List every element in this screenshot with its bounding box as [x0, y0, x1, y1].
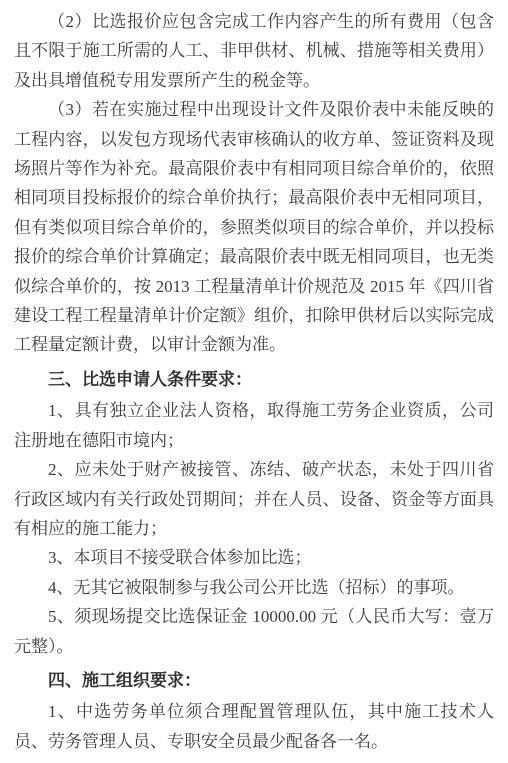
section-heading: 四、施工组织要求：: [14, 666, 494, 695]
document-page: （2）比选报价应包含完成工作内容产生的所有费用（包含且不限于施工所需的人工、非甲…: [0, 0, 508, 763]
document-paragraph: 2、应未处于财产被接管、冻结、破产状态，未处于四川省行政区域内有关行政处罚期间；…: [14, 455, 494, 543]
document-paragraph: 4、无其它被限制参与我公司公开比选（招标）的事项。: [14, 573, 494, 602]
document-paragraph: （2）比选报价应包含完成工作内容产生的所有费用（包含且不限于施工所需的人工、非甲…: [14, 7, 494, 95]
document-paragraph: 1、具有独立企业法人资格，取得施工劳务企业资质，公司注册地在德阳市境内；: [14, 396, 494, 455]
document-paragraph: （3）若在实施过程中出现设计文件及限价表中未能反映的工程内容，以发包方现场代表审…: [14, 95, 494, 360]
document-paragraph: 1、中选劳务单位须合理配置管理队伍，其中施工技术人员、劳务管理人员、专职安全员最…: [14, 697, 494, 756]
document-body: （2）比选报价应包含完成工作内容产生的所有费用（包含且不限于施工所需的人工、非甲…: [14, 7, 494, 756]
section-heading: 三、比选申请人条件要求：: [14, 365, 494, 394]
document-paragraph: 3、本项目不接受联合体参加比选；: [14, 543, 494, 572]
document-paragraph: 5、须现场提交比选保证金 10000.00 元（人民币大写：壹万元整）。: [14, 602, 494, 661]
